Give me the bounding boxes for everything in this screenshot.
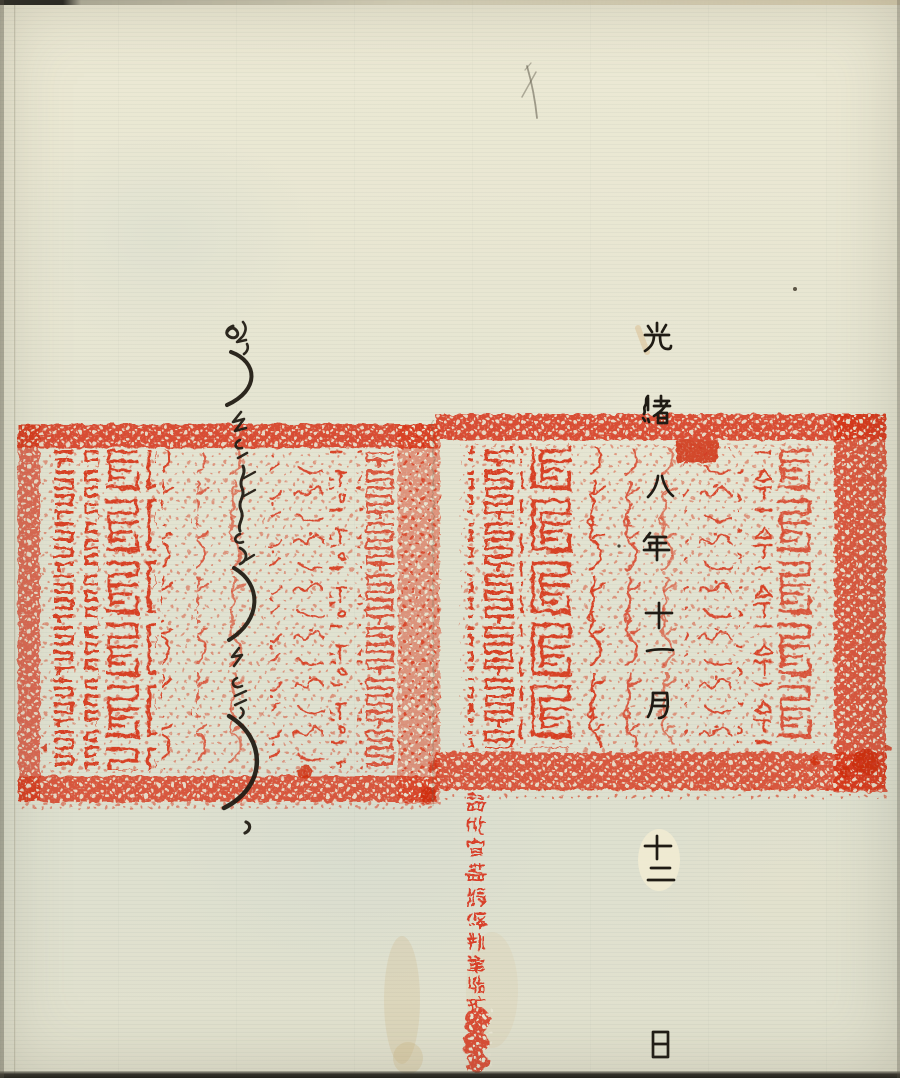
scan-vignette: [0, 0, 900, 1078]
document-scan: Scanned Qing-dynasty folded paper docume…: [0, 0, 900, 1078]
